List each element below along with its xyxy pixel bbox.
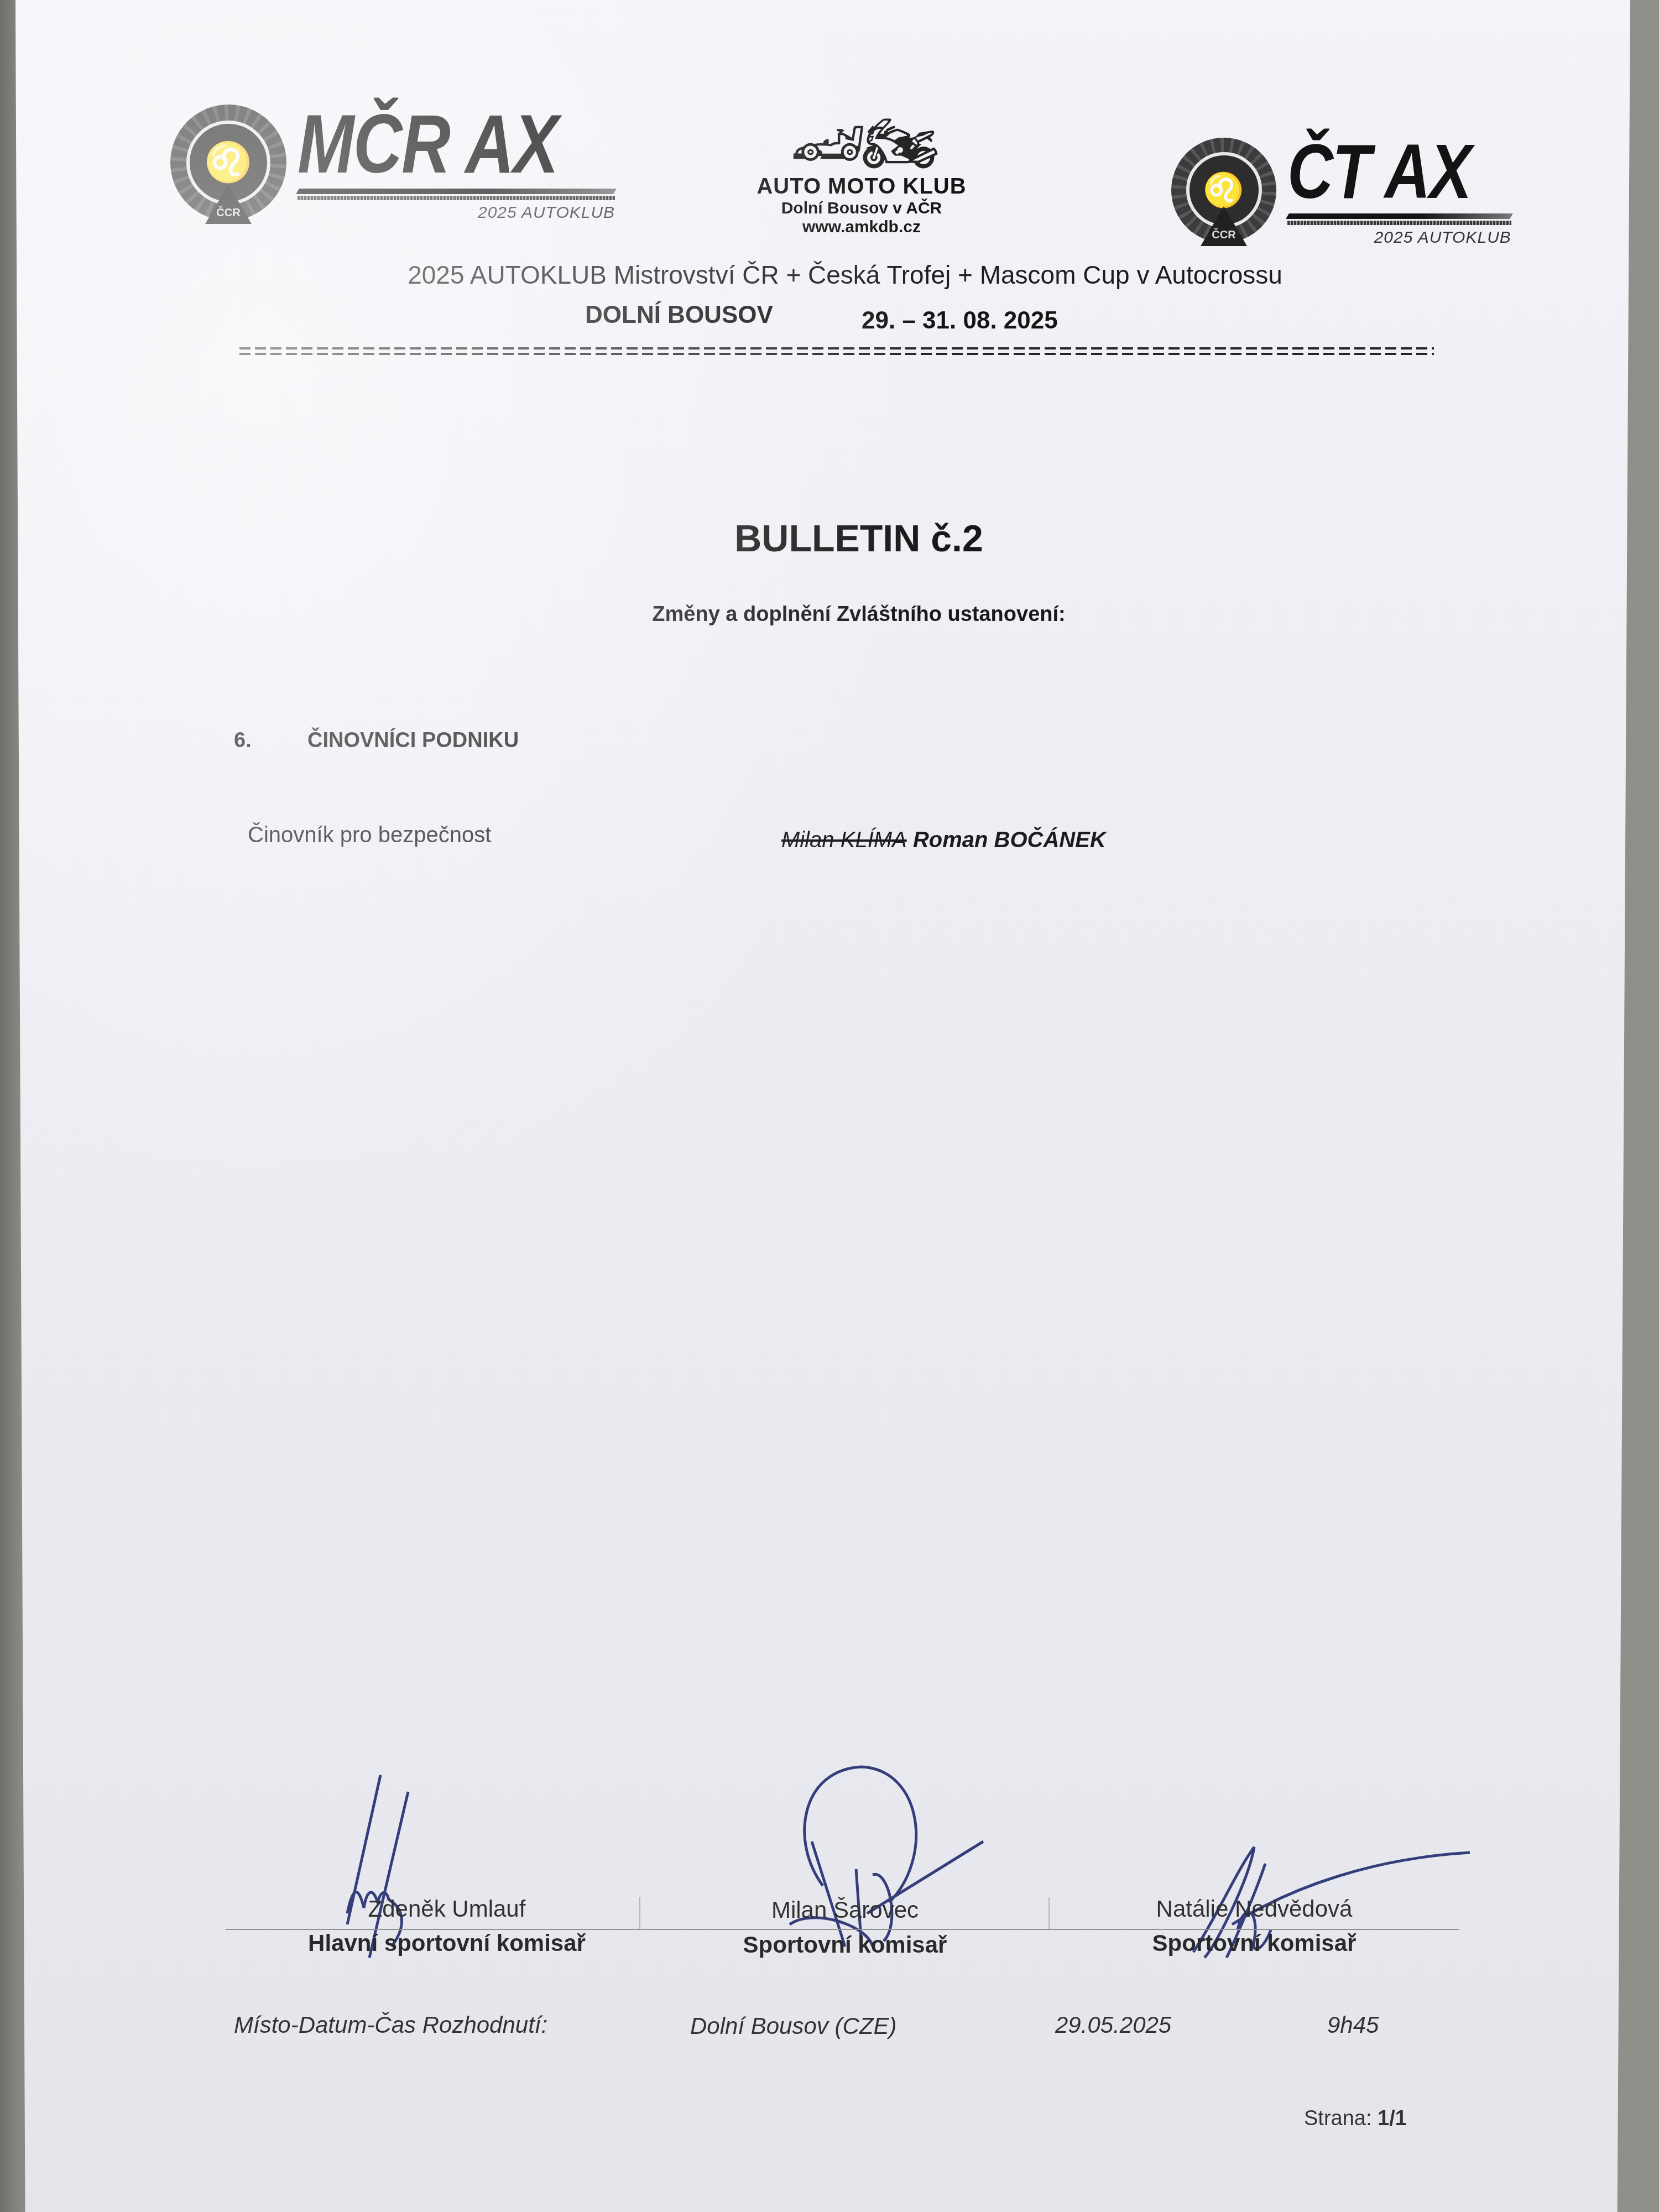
signatory-role: Sportovní komisař: [651, 1932, 1039, 1958]
paper-sheet: ♌ ČCR MČR AX 2025 AUTOKLUB 🏎🏍 AUTO MOTO …: [15, 0, 1630, 2212]
decision-time: 9h45: [1327, 2012, 1379, 2038]
logo-subtitle: 2025 AUTOKLUB: [1374, 228, 1511, 247]
logo-stripe: [1287, 221, 1511, 225]
club-url: www.amkdb.cz: [802, 218, 921, 237]
section-title: ČINOVNÍCI PODNIKU: [307, 729, 519, 753]
logo-stripe: [296, 189, 617, 194]
autoklub-badge-icon: ♌ ČCR: [1171, 138, 1276, 243]
page-label: Strana:: [1304, 2107, 1372, 2130]
signatory-name: Zdeněk Umlauf: [253, 1896, 640, 1922]
event-title: 2025 AUTOKLUB Mistrovství ČR + Česká Tro…: [347, 260, 1343, 290]
bulletin-subtitle: Změny a doplnění Zvláštního ustanovení:: [596, 603, 1121, 627]
signature-sarovec-icon: [779, 1759, 989, 1958]
logo-stripe: [298, 196, 615, 200]
logo-title: ČT AX: [1287, 133, 1471, 210]
logo-stripe: [1286, 213, 1513, 219]
club-name: AUTO MOTO KLUB: [757, 174, 966, 199]
signatory-role: Sportovní komisař: [1061, 1930, 1448, 1957]
official-role-value: Milan KLÍMA Roman BOČÁNEK: [781, 828, 1106, 853]
event-dates: 29. – 31. 08. 2025: [862, 307, 1058, 335]
section-number: 6.: [234, 729, 252, 753]
logo-title: MČR AX: [298, 102, 558, 185]
signatory-name: Natálie Nedvědová: [1061, 1896, 1448, 1922]
page-number: Strana: 1/1: [1304, 2107, 1407, 2131]
signatory-name: Milan Šarovec: [651, 1897, 1039, 1923]
decision-place: Dolní Bousov (CZE): [690, 2013, 896, 2039]
signature-separator: [1048, 1897, 1050, 1929]
logo-subtitle: 2025 AUTOKLUB: [478, 204, 615, 222]
logo-auto-moto-klub: 🏎🏍 AUTO MOTO KLUB Dolní Bousov v AČR www…: [729, 113, 994, 237]
double-dashed-divider: [239, 347, 1434, 355]
badge-text: ČCR: [1212, 229, 1235, 242]
event-place: DOLNÍ BOUSOV: [585, 301, 773, 329]
signatory-role: Hlavní sportovní komisař: [253, 1930, 640, 1957]
logo-ct-ax: ♌ ČCR ČT AX 2025 AUTOKLUB: [1171, 133, 1511, 247]
struck-previous-name: Milan KLÍMA: [781, 828, 907, 852]
decision-label: Místo-Datum-Čas Rozhodnutí:: [234, 2012, 547, 2038]
logo-mcr-ax: ♌ ČCR MČR AX 2025 AUTOKLUB: [170, 102, 615, 222]
new-official-name: Roman BOČÁNEK: [913, 828, 1106, 852]
page-value: 1/1: [1378, 2107, 1407, 2130]
autoklub-badge-icon: ♌ ČCR: [170, 105, 286, 221]
club-location: Dolní Bousov v AČR: [781, 199, 942, 218]
bulletin-title: BULLETIN č.2: [596, 517, 1121, 560]
decision-date: 29.05.2025: [1055, 2012, 1171, 2038]
race-car-motorbike-icon: 🏎🏍: [790, 113, 933, 174]
official-role-label: Činovník pro bezpečnost: [248, 823, 491, 848]
badge-text: ČCR: [216, 207, 240, 220]
